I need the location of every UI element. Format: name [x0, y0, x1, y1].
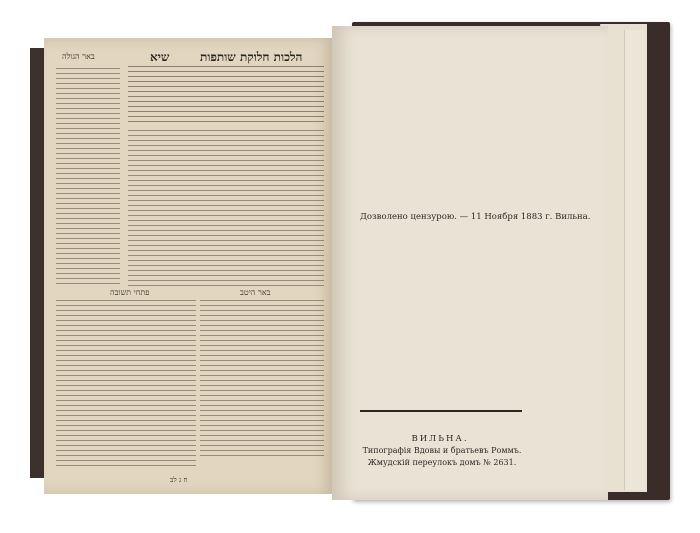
footer-signature: ח ג לב [170, 476, 188, 484]
page-edges-inner [624, 30, 645, 490]
commentary-block [128, 130, 324, 286]
right-page [332, 26, 608, 500]
page-number: שיא [150, 50, 169, 65]
main-text-block [128, 66, 324, 126]
censorship-note: Дозволено цензурою. — 11 Ноября 1883 г. … [360, 212, 590, 222]
imprint-city: ВИЛЬНА. [380, 434, 500, 444]
imprint-address: Жмудскій переулокъ домъ № 2631. [362, 458, 522, 467]
subheader-right: באר היטב [240, 288, 271, 297]
imprint-rule [360, 410, 522, 412]
subheader-left: פתחי תשובה [110, 288, 150, 297]
margin-commentary-column [56, 68, 120, 288]
lower-commentary-left [56, 300, 196, 470]
margin-header: באר הגולה [62, 52, 95, 61]
imprint-printer: Типографія Вдовы и братьевъ Роммъ. [362, 446, 522, 455]
lower-commentary-right [200, 300, 324, 460]
running-header: הלכות חלוקת שותפות [200, 50, 302, 65]
